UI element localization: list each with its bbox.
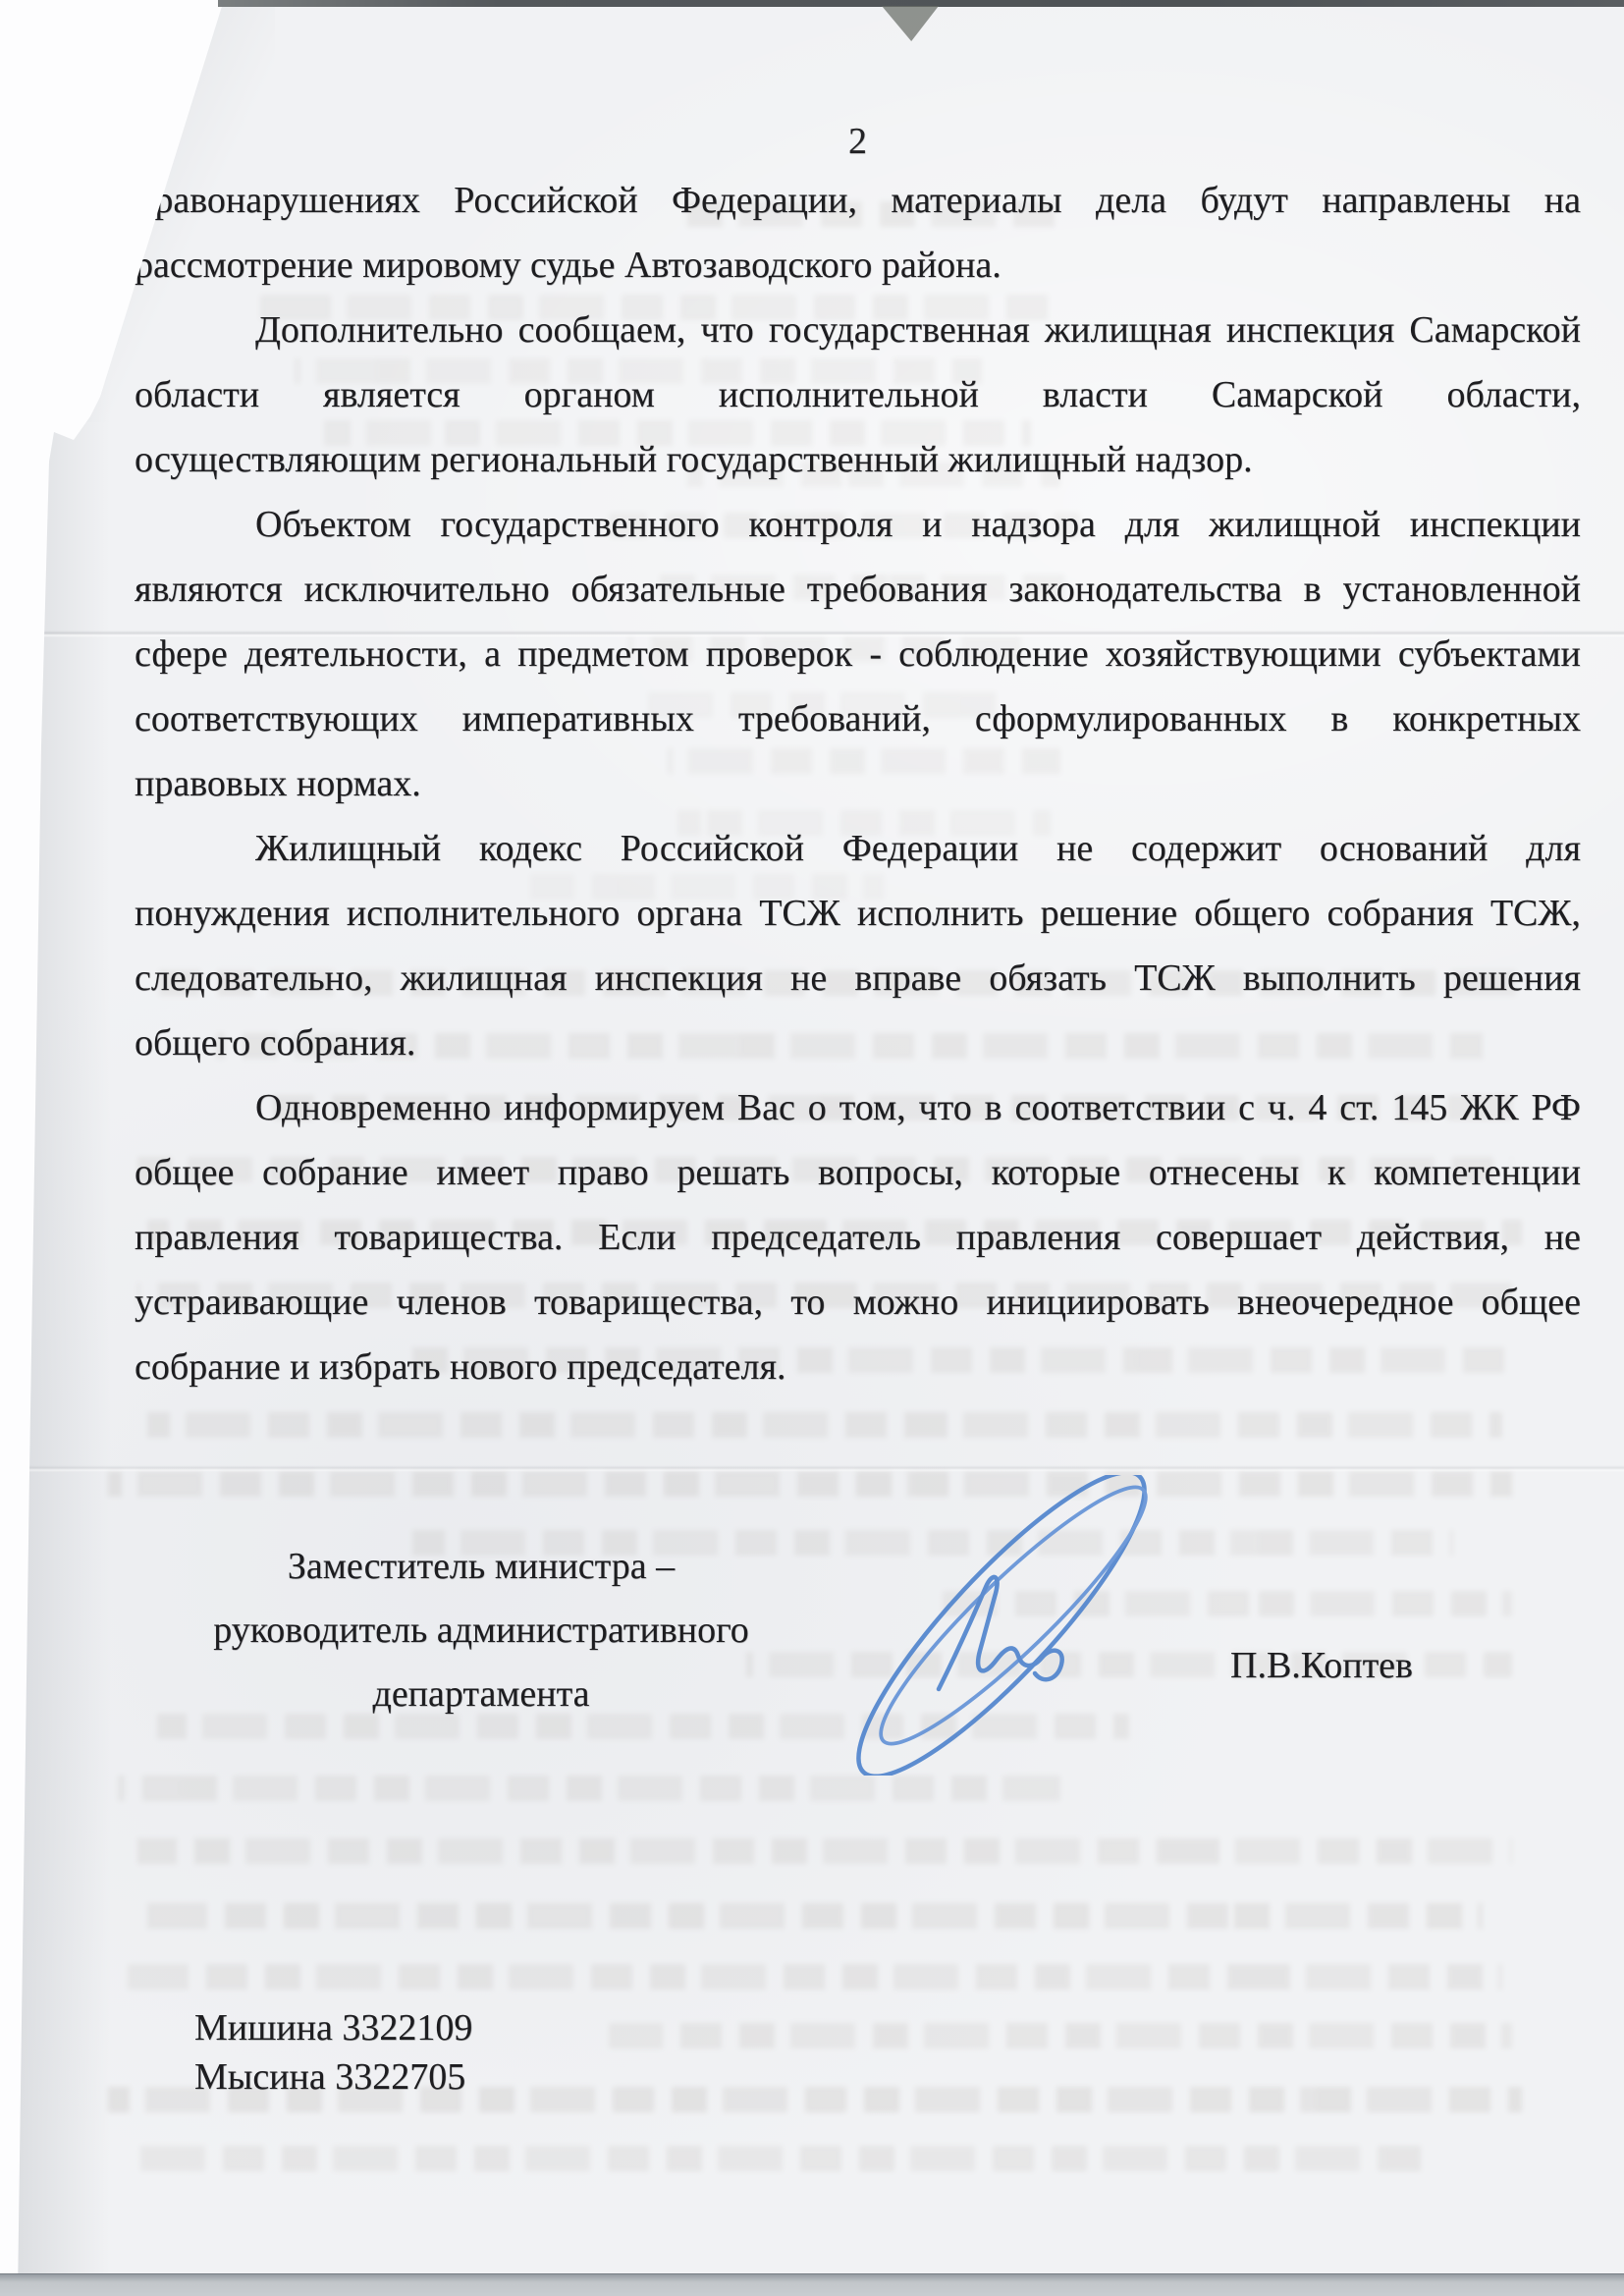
text-line: ОдновременноинформируемВасотом,чтовсоотв…	[135, 1078, 1581, 1143]
word: отнесены	[1149, 1143, 1299, 1202]
word: деятельности,	[244, 625, 467, 683]
text-line: общеесобраниеимеетправорешатьвопросы,кот…	[135, 1143, 1581, 1208]
word: правонарушениях	[135, 171, 420, 230]
word: информируем	[504, 1078, 725, 1137]
text-line: ЖилищныйкодексРоссийскойФедерациинесодер…	[135, 819, 1581, 884]
word: соответствии	[1014, 1078, 1225, 1137]
word: что	[919, 1078, 972, 1137]
word: членов	[397, 1273, 507, 1332]
signer-title: Заместитель министра – руководитель адми…	[196, 1535, 766, 1726]
word: конкретных	[1392, 689, 1581, 748]
word: области,	[1446, 365, 1581, 424]
text-line: соответствующихимперативныхтребований,сф…	[135, 689, 1581, 754]
word: решения	[1443, 949, 1581, 1008]
word: Самарской	[1409, 301, 1581, 359]
word: совершает	[1156, 1208, 1322, 1267]
word: ч.	[1268, 1078, 1296, 1137]
paper-sheet: 2 правонарушенияхРоссийскойФедерации,мат…	[0, 0, 1624, 2296]
text-line: Объектомгосударственногоконтроляинадзора…	[135, 495, 1581, 560]
word: товарищества,	[534, 1273, 763, 1332]
text-line: устраивающиечленовтоварищества,томожноин…	[135, 1273, 1581, 1338]
word: что	[701, 301, 754, 359]
text-line: правовых нормах.	[135, 754, 1581, 819]
text-line: правлениятоварищества.Еслипредседательпр…	[135, 1208, 1581, 1273]
word: Самарской	[1212, 365, 1383, 424]
word: материалы	[891, 171, 1061, 230]
word: будут	[1200, 171, 1287, 230]
word: действия,	[1357, 1208, 1509, 1267]
executor-contacts: Мишина 3322109Мысина 3322705	[194, 2003, 472, 2102]
word: предметом	[517, 625, 688, 683]
word: на	[1544, 171, 1581, 230]
word: общее	[1482, 1273, 1581, 1332]
text-line: Дополнительносообщаем,чтогосударственная…	[135, 301, 1581, 365]
text-line: понужденияисполнительногоорганаТСЖисполн…	[135, 884, 1581, 949]
word: императивных	[462, 689, 694, 748]
word: а	[484, 625, 501, 683]
word: вправе	[854, 949, 961, 1008]
word: инспекция	[1226, 301, 1394, 359]
letter-body: правонарушенияхРоссийскойФедерации,матер…	[135, 171, 1581, 1402]
bleedthrough-line	[128, 1964, 1502, 1990]
word: для	[1526, 819, 1581, 878]
word: Объектом	[255, 495, 411, 554]
word: контроля	[748, 495, 893, 554]
word: не	[790, 949, 827, 1008]
word: ТСЖ	[1134, 949, 1216, 1008]
word: компетенции	[1374, 1143, 1581, 1202]
bleedthrough-line	[147, 1903, 1483, 1929]
word: общего	[1194, 884, 1310, 943]
word: исполнить	[857, 884, 1024, 943]
word: правления	[135, 1208, 299, 1267]
word: обязать	[989, 949, 1107, 1008]
word: право	[558, 1143, 649, 1202]
word: исключительно	[304, 560, 550, 619]
bleedthrough-line	[147, 1412, 1502, 1438]
contact-line: Мысина 3322705	[194, 2052, 472, 2102]
word: понуждения	[135, 884, 330, 943]
word: исполнительной	[719, 365, 979, 424]
word: -	[869, 625, 882, 683]
word: которые	[992, 1143, 1121, 1202]
word: содержит	[1131, 819, 1281, 878]
word: жилищной	[1209, 495, 1380, 554]
scan-top-edge	[218, 0, 1624, 7]
word: общее	[135, 1143, 234, 1202]
scanned-letter-page: 2 правонарушенияхРоссийскойФедерации,мат…	[0, 0, 1624, 2296]
word: выполнить	[1243, 949, 1416, 1008]
word: законодательства	[1008, 560, 1281, 619]
word: органом	[524, 365, 655, 424]
word: товарищества.	[334, 1208, 563, 1267]
word: в	[985, 1078, 1002, 1137]
word: сфере	[135, 625, 228, 683]
word: установленной	[1343, 560, 1581, 619]
word: собрание	[262, 1143, 408, 1202]
word: требований,	[738, 689, 931, 748]
signer-title-line: Заместитель министра –	[196, 1535, 766, 1599]
text-line: сфередеятельности,апредметомпроверок-соб…	[135, 625, 1581, 689]
word: ТСЖ	[759, 884, 840, 943]
word: жилищная	[401, 949, 568, 1008]
word: РФ	[1531, 1078, 1581, 1137]
word: жилищная	[1045, 301, 1212, 359]
word: не	[1544, 1208, 1581, 1267]
word: для	[1125, 495, 1180, 554]
text-line: правонарушенияхРоссийскойФедерации,матер…	[135, 171, 1581, 236]
word: не	[1056, 819, 1093, 878]
signer-title-line: руководитель административного	[196, 1599, 766, 1663]
word: следовательно,	[135, 949, 372, 1008]
word: области	[135, 365, 259, 424]
signature-ink	[823, 1475, 1188, 1776]
word: 4	[1308, 1078, 1326, 1137]
bleedthrough-line	[108, 1471, 1512, 1497]
text-line: общего собрания.	[135, 1013, 1581, 1078]
word: 145	[1391, 1078, 1447, 1137]
word: имеет	[436, 1143, 529, 1202]
word: устраивающие	[135, 1273, 368, 1332]
word: решать	[677, 1143, 789, 1202]
word: собрания	[1326, 884, 1473, 943]
bleedthrough-line	[137, 1838, 1512, 1864]
word: инициировать	[986, 1273, 1209, 1332]
page-number: 2	[135, 120, 1581, 163]
scan-bottom-edge	[0, 2273, 1624, 2296]
fold-crease-lower	[0, 1465, 1624, 1472]
word: власти	[1043, 365, 1148, 424]
word: можно	[853, 1273, 959, 1332]
word: оснований	[1320, 819, 1488, 878]
contact-line: Мишина 3322109	[194, 2003, 472, 2052]
word: обязательные	[571, 560, 785, 619]
word: о	[808, 1078, 827, 1137]
bleedthrough-line	[137, 2146, 1434, 2171]
word: Если	[598, 1208, 676, 1267]
word: Одновременно	[255, 1078, 491, 1137]
word: исполнительного	[347, 884, 620, 943]
word: инспекции	[1410, 495, 1581, 554]
word: ТСЖ,	[1490, 884, 1581, 943]
word: решение	[1041, 884, 1178, 943]
text-line: рассмотрение мировому судье Автозаводско…	[135, 236, 1581, 301]
word: с	[1238, 1078, 1255, 1137]
signer-name: П.В.Коптев	[1230, 1642, 1413, 1689]
text-line: следовательно,жилищнаяинспекцияневправео…	[135, 949, 1581, 1013]
word: Федерации	[842, 819, 1018, 878]
word: направлены	[1322, 171, 1510, 230]
word: соблюдение	[898, 625, 1088, 683]
word: Российской	[454, 171, 637, 230]
word: к	[1327, 1143, 1345, 1202]
word: Федерации,	[672, 171, 857, 230]
word: том,	[839, 1078, 906, 1137]
word: Дополнительно	[255, 301, 504, 359]
word: дела	[1096, 171, 1166, 230]
word: надзора	[971, 495, 1096, 554]
word: проверок	[706, 625, 852, 683]
word: то	[790, 1273, 825, 1332]
word: Жилищный	[255, 819, 441, 878]
word: государственная	[769, 301, 1030, 359]
word: соответствующих	[135, 689, 418, 748]
word: ст.	[1339, 1078, 1379, 1137]
word: органа	[636, 884, 742, 943]
word: государственного	[441, 495, 720, 554]
word: внеочередное	[1237, 1273, 1454, 1332]
word: и	[922, 495, 942, 554]
word: ЖК	[1460, 1078, 1518, 1137]
signer-title-line: департамента	[196, 1663, 766, 1726]
word: инспекция	[595, 949, 763, 1008]
word: в	[1304, 560, 1322, 619]
word: сообщаем,	[518, 301, 686, 359]
word: сформулированных	[975, 689, 1287, 748]
word: кодекс	[479, 819, 582, 878]
word: правления	[956, 1208, 1121, 1267]
word: требования	[807, 560, 988, 619]
word: председатель	[711, 1208, 921, 1267]
word: в	[1330, 689, 1348, 748]
word: Вас	[737, 1078, 795, 1137]
bleedthrough-line	[609, 2023, 1512, 2049]
word: является	[323, 365, 460, 424]
text-line: собрание и избрать нового председателя.	[135, 1338, 1581, 1402]
word: вопросы,	[818, 1143, 963, 1202]
word: хозяйствующими	[1106, 625, 1381, 683]
text-line: областиявляетсяорганомисполнительнойвлас…	[135, 365, 1581, 430]
text-line: являютсяисключительнообязательныетребова…	[135, 560, 1581, 625]
word: субъектами	[1398, 625, 1581, 683]
bleedthrough-line	[118, 1776, 1060, 1801]
text-line: осуществляющим региональный государствен…	[135, 430, 1581, 495]
word: являются	[135, 560, 283, 619]
word: Российской	[621, 819, 804, 878]
